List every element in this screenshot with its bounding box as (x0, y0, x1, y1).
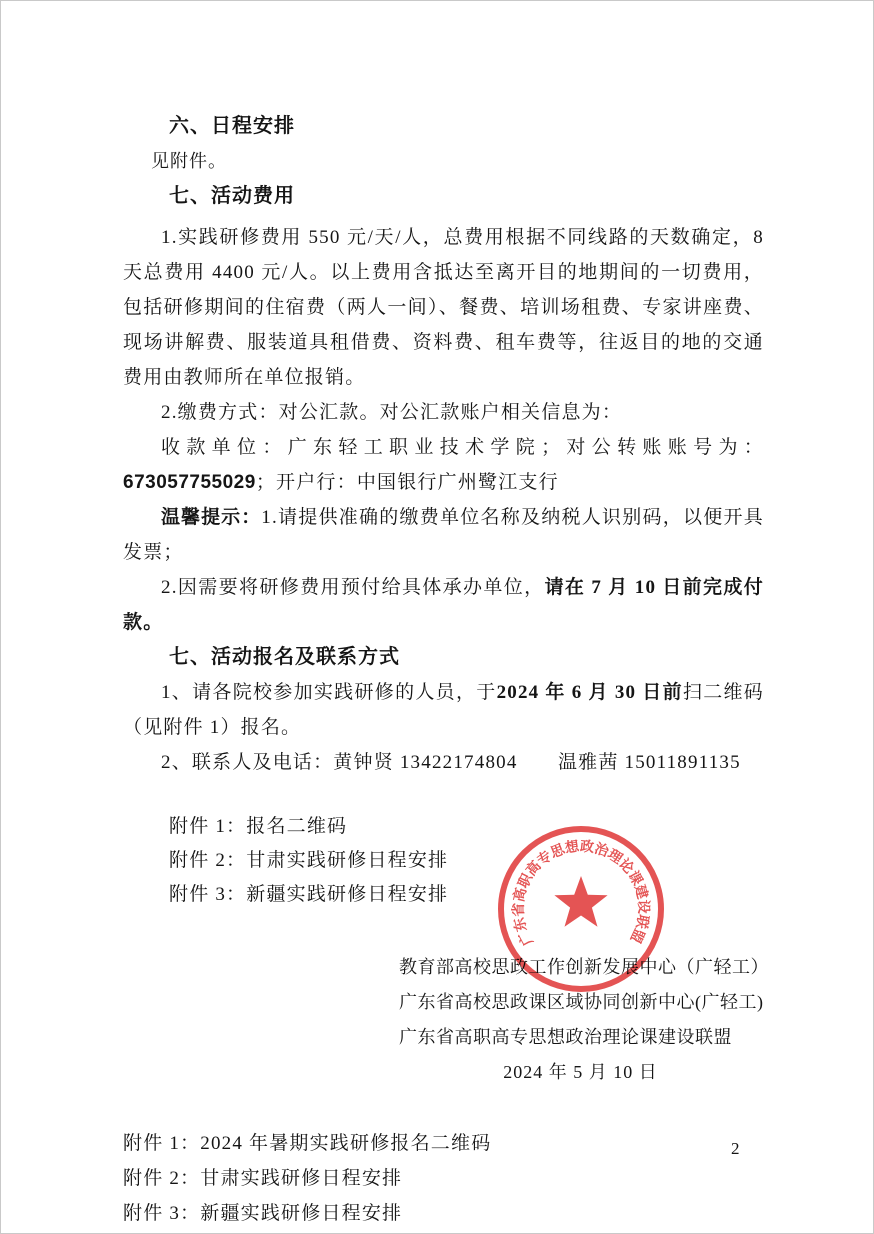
document-page: 六、日程安排 见附件。 七、活动费用 1.实践研修费用 550 元/天/人，总费… (0, 0, 874, 1234)
account-number: 673057755029 (123, 472, 256, 493)
fee-paragraph: 1.实践研修费用 550 元/天/人，总费用根据不同线路的天数确定，8 天总费用… (123, 220, 764, 395)
attachment-item-1: 附件 1：报名二维码 (123, 810, 764, 844)
attachment-list: 附件 1：报名二维码 附件 2：甘肃实践研修日程安排 附件 3：新疆实践研修日程… (123, 810, 764, 912)
tip-line2-text: 2.因需要将研修费用预付给具体承办单位， (161, 577, 545, 598)
attachment-item-2: 附件 2：甘肃实践研修日程安排 (123, 844, 764, 878)
signup-deadline: 2024 年 6 月 30 日前 (497, 682, 683, 703)
payment-method-paragraph: 2.缴费方式：对公汇款。对公汇款账户相关信息为： (123, 395, 764, 430)
attachment-bottom-item-3: 附件 3：新疆实践研修日程安排 (123, 1196, 764, 1231)
tip-paragraph-1: 温馨提示：1.请提供准确的缴费单位名称及纳税人识别码，以便开具发票； (123, 500, 764, 570)
attachment-bottom-item-1: 附件 1：2024 年暑期实践研修报名二维码 (123, 1126, 764, 1161)
schedule-note: 见附件。 (123, 144, 764, 179)
signature-org-3: 广东省高职高专思想政治理论课建设联盟 (399, 1020, 764, 1055)
section-heading-signup: 七、活动报名及联系方式 (123, 640, 764, 675)
signup-prefix: 1、请各院校参加实践研修的人员，于 (161, 682, 497, 703)
signup-paragraph: 1、请各院校参加实践研修的人员，于2024 年 6 月 30 日前扫二维码（见附… (123, 675, 764, 745)
signature-date: 2024 年 5 月 10 日 (399, 1055, 762, 1090)
page-number: 2 (731, 1139, 740, 1159)
contacts-line: 2、联系人及电话：黄钟贤 13422174804 温雅茜 15011891135 (123, 745, 764, 780)
tip-label: 温馨提示： (161, 507, 261, 528)
document-content: 六、日程安排 见附件。 七、活动费用 1.实践研修费用 550 元/天/人，总费… (1, 1, 873, 1231)
section-heading-fee: 七、活动费用 (123, 179, 764, 214)
attachment-bottom-item-2: 附件 2：甘肃实践研修日程安排 (123, 1161, 764, 1196)
account-suffix: ；开户行：中国银行广州鹭江支行 (256, 472, 559, 493)
attachment-item-3: 附件 3：新疆实践研修日程安排 (123, 878, 764, 912)
section-heading-schedule: 六、日程安排 (123, 109, 764, 144)
signature-org-2: 广东省高校思政课区域协同创新中心(广轻工) (399, 985, 764, 1020)
signature-org-1: 教育部高校思政工作创新发展中心（广轻工） (399, 950, 764, 985)
account-paragraph: 收款单位：广东轻工职业技术学院；对公转账账号为：673057755029；开户行… (123, 430, 764, 500)
account-prefix: 收款单位：广东轻工职业技术学院；对公转账账号为： (161, 437, 764, 458)
signature-block: 教育部高校思政工作创新发展中心（广轻工） 广东省高校思政课区域协同创新中心(广轻… (123, 950, 764, 1090)
attachment-list-bottom: 附件 1：2024 年暑期实践研修报名二维码 附件 2：甘肃实践研修日程安排 附… (123, 1126, 764, 1231)
tip-paragraph-2: 2.因需要将研修费用预付给具体承办单位，请在 7 月 10 日前完成付款。 (123, 570, 764, 640)
